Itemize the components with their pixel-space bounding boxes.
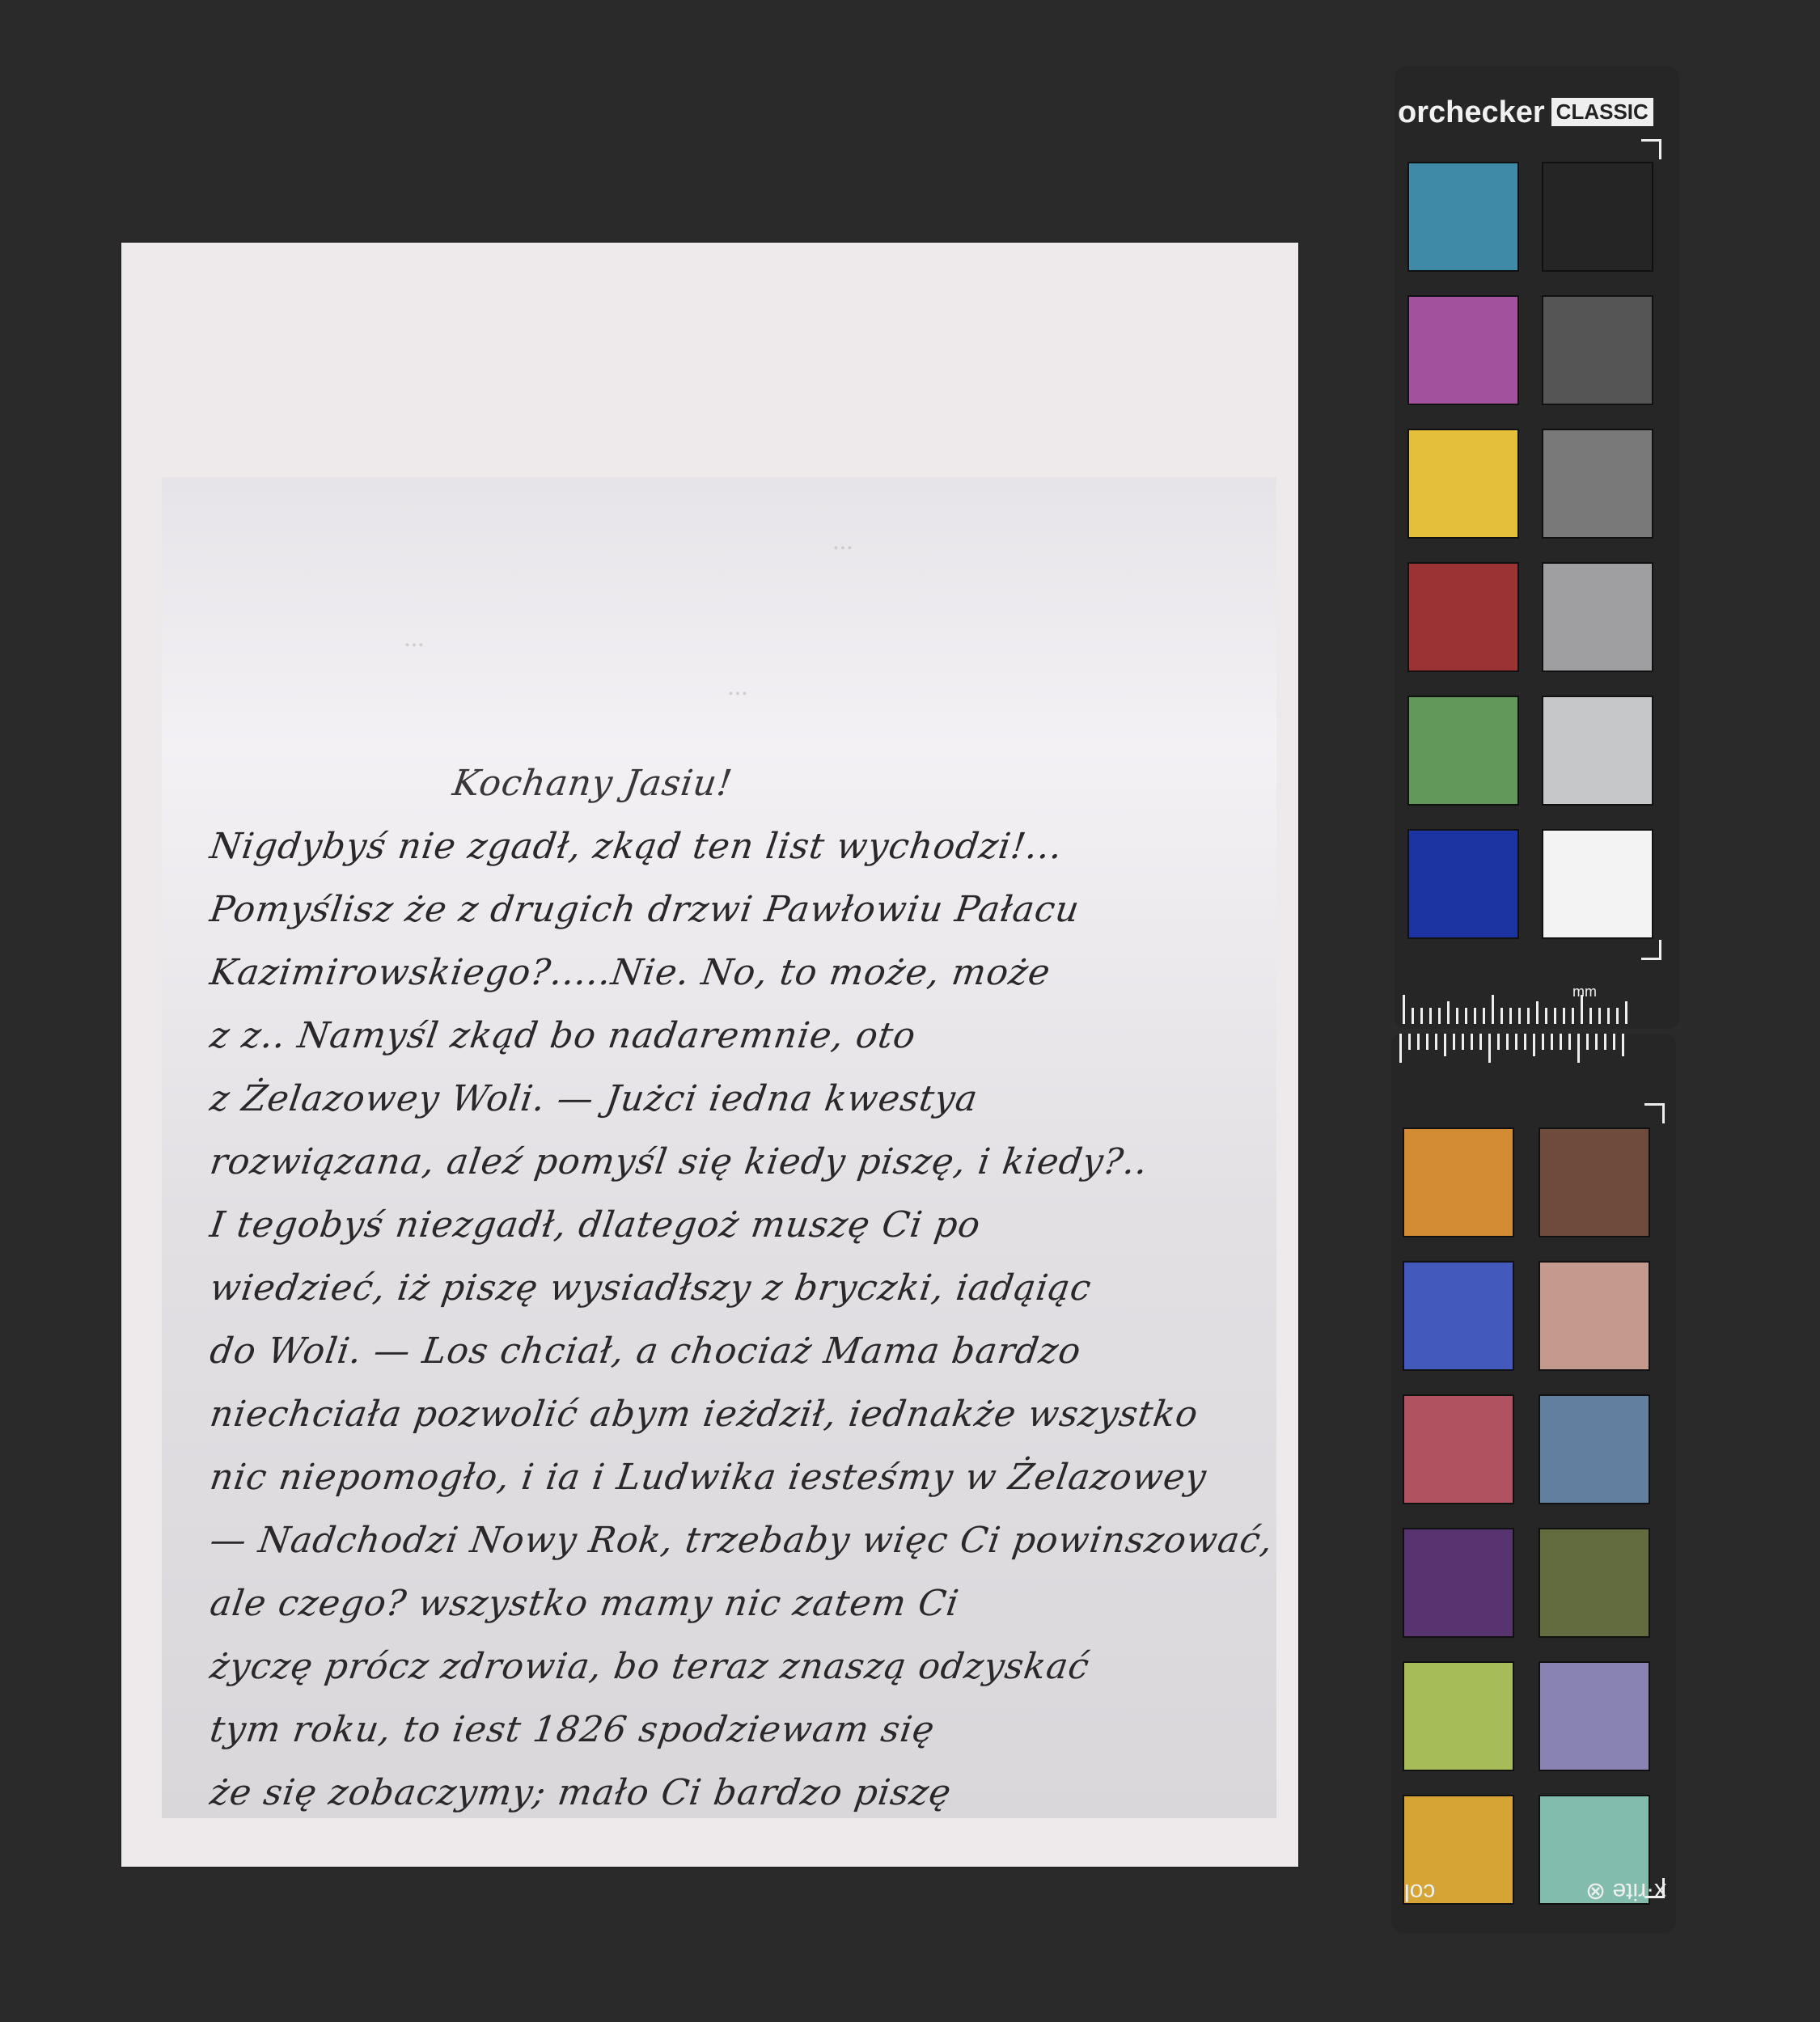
color-swatch (1542, 162, 1653, 272)
ruler-tick (1447, 1001, 1450, 1024)
ghost-text: ... (404, 623, 425, 654)
color-swatch (1407, 562, 1519, 672)
ruler-tick (1545, 1008, 1547, 1024)
ruler-tick (1465, 1008, 1467, 1024)
letter-line: — Nadchodzi Nowy Rok, trzebaby więc Ci p… (206, 1509, 1259, 1572)
ruler-tick (1420, 1008, 1423, 1024)
color-swatch (1542, 429, 1653, 539)
ruler-tick (1568, 1034, 1571, 1050)
color-swatch (1542, 295, 1653, 405)
ruler-tick (1497, 1034, 1500, 1050)
color-swatch (1407, 829, 1519, 939)
color-swatch (1539, 1127, 1650, 1237)
letter-reproduction: ... ... ... Kochany Jasiu! Nigdybyś nie … (162, 477, 1276, 1818)
classic-badge: CLASSIC (1551, 98, 1653, 126)
color-swatch (1539, 1394, 1650, 1504)
ruler-tick (1429, 1008, 1432, 1024)
ruler-tick (1533, 1034, 1535, 1056)
ruler-tick (1408, 1034, 1411, 1050)
registration-mark-icon (1641, 940, 1661, 960)
ruler-tick (1462, 1034, 1464, 1050)
ruler-tick (1542, 1034, 1544, 1050)
ruler-tick (1536, 1001, 1539, 1024)
ghost-text: ... (833, 526, 854, 556)
ruler-tick (1412, 1008, 1414, 1024)
color-swatch (1403, 1528, 1514, 1638)
ruler-tick (1613, 1034, 1615, 1050)
ruler-tick (1595, 1034, 1598, 1050)
letter-line: że się zobaczymy; mało Ci bardzo piszę (206, 1762, 1259, 1825)
letter-line: niechciała pozwolić abym ieżdził, iednak… (206, 1383, 1259, 1446)
ruler-tick (1589, 1008, 1592, 1024)
letter-salutation: Kochany Jasiu! (449, 752, 1259, 815)
faded-bleedthrough-text: ... ... ... (162, 477, 1276, 785)
ruler-tick (1581, 995, 1583, 1024)
ruler-tick (1474, 1008, 1476, 1024)
color-swatch (1539, 1661, 1650, 1771)
ruler-tick (1483, 1008, 1485, 1024)
ruler-tick (1438, 1008, 1441, 1024)
ruler-tick (1518, 1008, 1521, 1024)
letter-line: wiedzieć, iż piszę wysiadłszy z bryczki,… (206, 1257, 1259, 1320)
ruler-tick (1435, 1034, 1437, 1050)
registration-mark-icon (1644, 1103, 1665, 1123)
color-swatch (1539, 1528, 1650, 1638)
color-swatch (1542, 696, 1653, 806)
ruler-tick (1403, 995, 1405, 1024)
photo-print: ... ... ... Kochany Jasiu! Nigdybyś nie … (121, 243, 1298, 1867)
ruler-unit-label: mm (1572, 984, 1597, 1000)
ruler-tick (1417, 1034, 1420, 1050)
ruler-tick (1524, 1034, 1526, 1050)
color-checker-top: orcheckerCLASSIC mm (1395, 66, 1679, 1029)
letter-line: do Woli. — Los chciał, a chociaż Mama ba… (206, 1320, 1259, 1383)
ruler-tick (1560, 1034, 1562, 1050)
ruler-tick (1551, 1034, 1553, 1050)
ruler-tick (1598, 1008, 1601, 1024)
ruler-tick (1577, 1034, 1580, 1063)
ruler-tick (1616, 1008, 1619, 1024)
ruler-tick (1500, 1008, 1503, 1024)
color-swatch (1403, 1261, 1514, 1371)
color-swatch (1542, 562, 1653, 672)
letter-line: ale czego? wszystko mamy nic zatem Ci (206, 1572, 1259, 1635)
ruler-tick (1492, 995, 1494, 1024)
color-swatch (1407, 295, 1519, 405)
letter-line: nic niepomogło, i ia i Ludwika iesteśmy … (206, 1446, 1259, 1509)
maker-text: x·rite (1612, 1878, 1666, 1905)
mm-ruler (1391, 1034, 1634, 1066)
ruler-tick (1604, 1034, 1606, 1050)
letter-line: Kazimirowskiego?.....Nie. No, to może, m… (206, 941, 1259, 1005)
ruler-tick (1456, 1008, 1458, 1024)
letter-line: rozwiązana, aleź pomyśl się kiedy piszę,… (206, 1131, 1259, 1194)
color-swatch (1403, 1394, 1514, 1504)
ruler-tick (1515, 1034, 1517, 1050)
ruler-tick (1488, 1034, 1491, 1063)
ruler-tick (1479, 1034, 1482, 1050)
ruler-tick (1399, 1034, 1402, 1063)
ruler-tick (1426, 1034, 1428, 1050)
color-swatch (1403, 1661, 1514, 1771)
letter-line: I tegobyś niezgadł, dlategoż muszę Ci po (206, 1194, 1259, 1257)
ruler-tick (1586, 1034, 1589, 1050)
ruler-tick (1625, 1001, 1627, 1024)
color-swatch (1403, 1127, 1514, 1237)
color-swatch (1407, 162, 1519, 272)
ruler-tick (1527, 1008, 1530, 1024)
color-checker-bottom: x·rite ⊗ col (1391, 1034, 1676, 1933)
ruler-tick (1563, 1008, 1565, 1024)
ruler-tick (1471, 1034, 1473, 1050)
color-swatch (1407, 429, 1519, 539)
letter-body: Kochany Jasiu! Nigdybyś nie zgadł, zkąd … (210, 752, 1254, 1825)
letter-line: tym roku, to iest 1826 spodziewam się (206, 1698, 1259, 1762)
ruler-tick (1554, 1008, 1556, 1024)
ruler-tick (1506, 1034, 1509, 1050)
ruler-tick (1444, 1034, 1446, 1056)
registration-mark-icon (1641, 139, 1661, 159)
ruler-tick (1572, 1008, 1574, 1024)
letter-line: Nigdybyś nie zgadł, zkąd ten list wychod… (206, 815, 1259, 878)
color-checker-brand: orcheckerCLASSIC (1398, 95, 1653, 130)
color-swatch (1542, 829, 1653, 939)
letter-line: z Żelazowey Woli. — Jużci iedna kwestya (206, 1068, 1259, 1131)
xrite-logo: x·rite ⊗ (1585, 1877, 1666, 1906)
ghost-text: ... (728, 671, 749, 702)
letter-line: życzę prócz zdrowia, bo teraz znaszą odz… (206, 1635, 1259, 1698)
ruler-tick (1453, 1034, 1455, 1050)
xrite-icon: ⊗ (1585, 1878, 1606, 1905)
ruler-tick (1622, 1034, 1624, 1056)
mm-ruler: mm (1395, 988, 1637, 1024)
color-swatch (1539, 1261, 1650, 1371)
ruler-tick (1607, 1008, 1610, 1024)
letter-line: Pomyślisz że z drugich drzwi Pawłowiu Pa… (206, 878, 1259, 941)
brand-text: orchecker (1398, 95, 1545, 129)
brand-fragment-rotated: col (1404, 1878, 1435, 1906)
ruler-tick (1509, 1008, 1512, 1024)
letter-line: z z.. Namyśl zkąd bo nadaremnie, oto (206, 1005, 1259, 1068)
color-swatch (1407, 696, 1519, 806)
